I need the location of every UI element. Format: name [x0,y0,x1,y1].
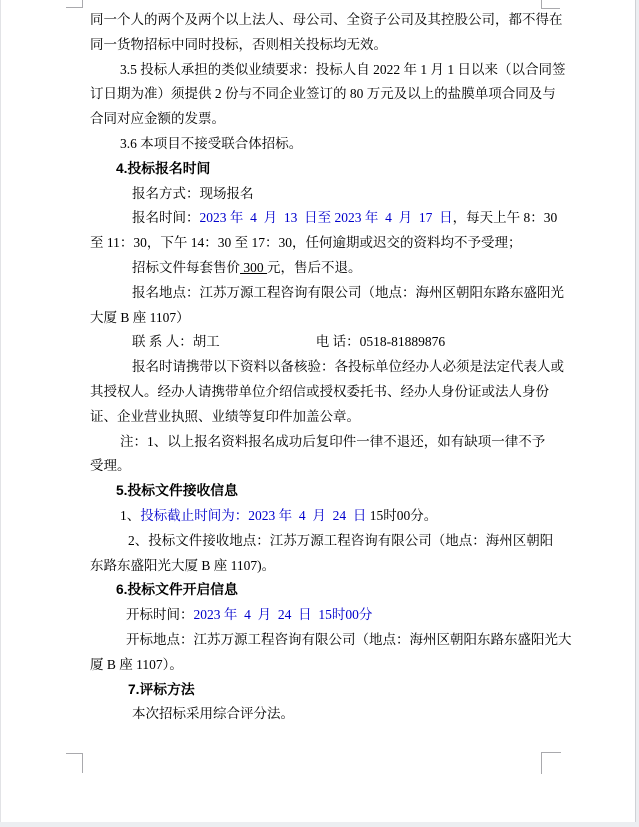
crop-mark-top-left [66,0,83,8]
text-run: 招标文件每套售价 [132,260,240,275]
doc-line: 同一个人的两个及两个以上法人、母公司、全资子公司及其控股公司，都不得在 [90,8,560,33]
text-run: 1、 [120,508,140,523]
text-run: 其授权人。经办人请携带单位介绍信或授权委托书、经办人身份证或法人身份 [90,384,549,399]
text-run: 同一个人的两个及两个以上法人、母公司、全资子公司及其控股公司，都不得在 [90,12,563,27]
crop-mark-bottom-left [66,753,83,773]
highlighted-date-text: 2023 年 4 月 13 日至 2023 年 4 月 17 日 [200,210,453,225]
text-run: 报名时间： [132,210,200,225]
text-run: 大厦 B 座 1107） [90,310,190,325]
doc-line: 联 系 人：胡工电 话：0518-81889876 [90,330,560,355]
section-heading: 4.投标报名时间 [90,157,560,182]
doc-line: 东路东盛阳光大厦 B 座 1107)。 [90,554,560,579]
text-run: 报名地点：江苏万源工程咨询有限公司（地点：海州区朝阳东路东盛阳光 [132,285,564,300]
doc-line: 订日期为准）须提供 2 份与不同企业签订的 80 万元及以上的盐膜单项合同及与 [90,82,560,107]
text-run: 4.投标报名时间 [116,161,210,176]
text-run: 5.投标文件接收信息 [116,483,238,498]
text-run: 元，售后不退。 [267,260,362,275]
doc-line: 1、投标截止时间为：2023 年 4 月 24 日 15时00分。 [90,504,560,529]
doc-line: 合同对应金额的发票。 [90,107,560,132]
highlighted-date-text: 2023 年 4 月 24 日 15时00分 [194,607,373,622]
text-run: 受理。 [90,458,131,473]
doc-line: 3.6 本项目不接受联合体招标。 [90,132,560,157]
text-run: 3.6 本项目不接受联合体招标。 [120,136,302,151]
text-run: 东路东盛阳光大厦 B 座 1107)。 [90,558,275,573]
doc-line: 招标文件每套售价 300 元，售后不退。 [90,256,560,281]
text-run: 厦 B 座 1107）。 [90,657,183,672]
document-page: 同一个人的两个及两个以上法人、母公司、全资子公司及其控股公司，都不得在同一货物招… [0,0,636,822]
text-run: 开标地点：江苏万源工程咨询有限公司（地点：海州区朝阳东路东盛阳光大 [126,632,572,647]
text-run: 15时00分。 [366,508,437,523]
text-run: 至 11：30，下午 14：30 至 17：30，任何逾期或迟交的资料均不予受理… [90,235,522,250]
doc-line: 2、投标文件接收地点：江苏万源工程咨询有限公司（地点：海州区朝阳 [90,529,560,554]
text-run: 7.评标方法 [128,682,195,697]
text-run: 300 [240,260,267,275]
doc-line: 本次招标采用综合评分法。 [90,702,560,727]
text-run: 开标时间： [126,607,194,622]
doc-line: 3.5 投标人承担的类似业绩要求：投标人自 2022 年 1 月 1 日以来（以… [90,58,560,83]
text-run: 2、投标文件接收地点：江苏万源工程咨询有限公司（地点：海州区朝阳 [128,533,553,548]
doc-line: 至 11：30，下午 14：30 至 17：30，任何逾期或迟交的资料均不予受理… [90,231,560,256]
text-run: 报名时请携带以下资料以备核验：各投标单位经办人必须是法定代表人或 [132,359,564,374]
text-run: 报名方式：现场报名 [132,186,254,201]
text-run: 联 系 人：胡工 [132,334,220,349]
highlighted-date-text: 投标截止时间为：2023 年 4 月 24 日 [140,508,366,523]
doc-line: 证、企业营业执照、业绩等复印件加盖公章。 [90,405,560,430]
text-run: 3.5 投标人承担的类似业绩要求：投标人自 2022 年 1 月 1 日以来（以… [120,62,566,77]
text-run: 6.投标文件开启信息 [116,582,238,597]
text-run: 电 话：0518-81889876 [316,334,445,349]
document-body-text: 同一个人的两个及两个以上法人、母公司、全资子公司及其控股公司，都不得在同一货物招… [90,8,560,727]
document-viewport: { "page": { "background": "#ffffff", "ou… [0,0,639,827]
doc-line: 开标地点：江苏万源工程咨询有限公司（地点：海州区朝阳东路东盛阳光大 [90,628,560,653]
doc-line: 报名时间：2023 年 4 月 13 日至 2023 年 4 月 17 日，每天… [90,206,560,231]
text-run: 订日期为准）须提供 2 份与不同企业签订的 80 万元及以上的盐膜单项合同及与 [90,86,556,101]
doc-line: 厦 B 座 1107）。 [90,653,560,678]
doc-line: 注：1、以上报名资料报名成功后复印件一律不退还，如有缺项一律不予 [90,430,560,455]
section-heading: 5.投标文件接收信息 [90,479,560,504]
section-heading: 7.评标方法 [90,678,560,703]
doc-line: 报名时请携带以下资料以备核验：各投标单位经办人必须是法定代表人或 [90,355,560,380]
text-run: 合同对应金额的发票。 [90,111,225,126]
crop-mark-bottom-right [541,752,561,774]
doc-line: 报名方式：现场报名 [90,182,560,207]
doc-line: 同一货物招标中同时投标，否则相关投标均无效。 [90,33,560,58]
doc-line: 受理。 [90,454,560,479]
text-run: ，每天上午 8：30 [453,210,558,225]
doc-line: 其授权人。经办人请携带单位介绍信或授权委托书、经办人身份证或法人身份 [90,380,560,405]
text-run: 证、企业营业执照、业绩等复印件加盖公章。 [90,409,360,424]
text-run: 同一货物招标中同时投标，否则相关投标均无效。 [90,37,387,52]
doc-line: 报名地点：江苏万源工程咨询有限公司（地点：海州区朝阳东路东盛阳光 [90,281,560,306]
doc-line: 开标时间：2023 年 4 月 24 日 15时00分 [90,603,560,628]
text-run: 注：1、以上报名资料报名成功后复印件一律不退还，如有缺项一律不予 [120,434,545,449]
text-run: 本次招标采用综合评分法。 [132,706,294,721]
doc-line: 大厦 B 座 1107） [90,306,560,331]
section-heading: 6.投标文件开启信息 [90,578,560,603]
